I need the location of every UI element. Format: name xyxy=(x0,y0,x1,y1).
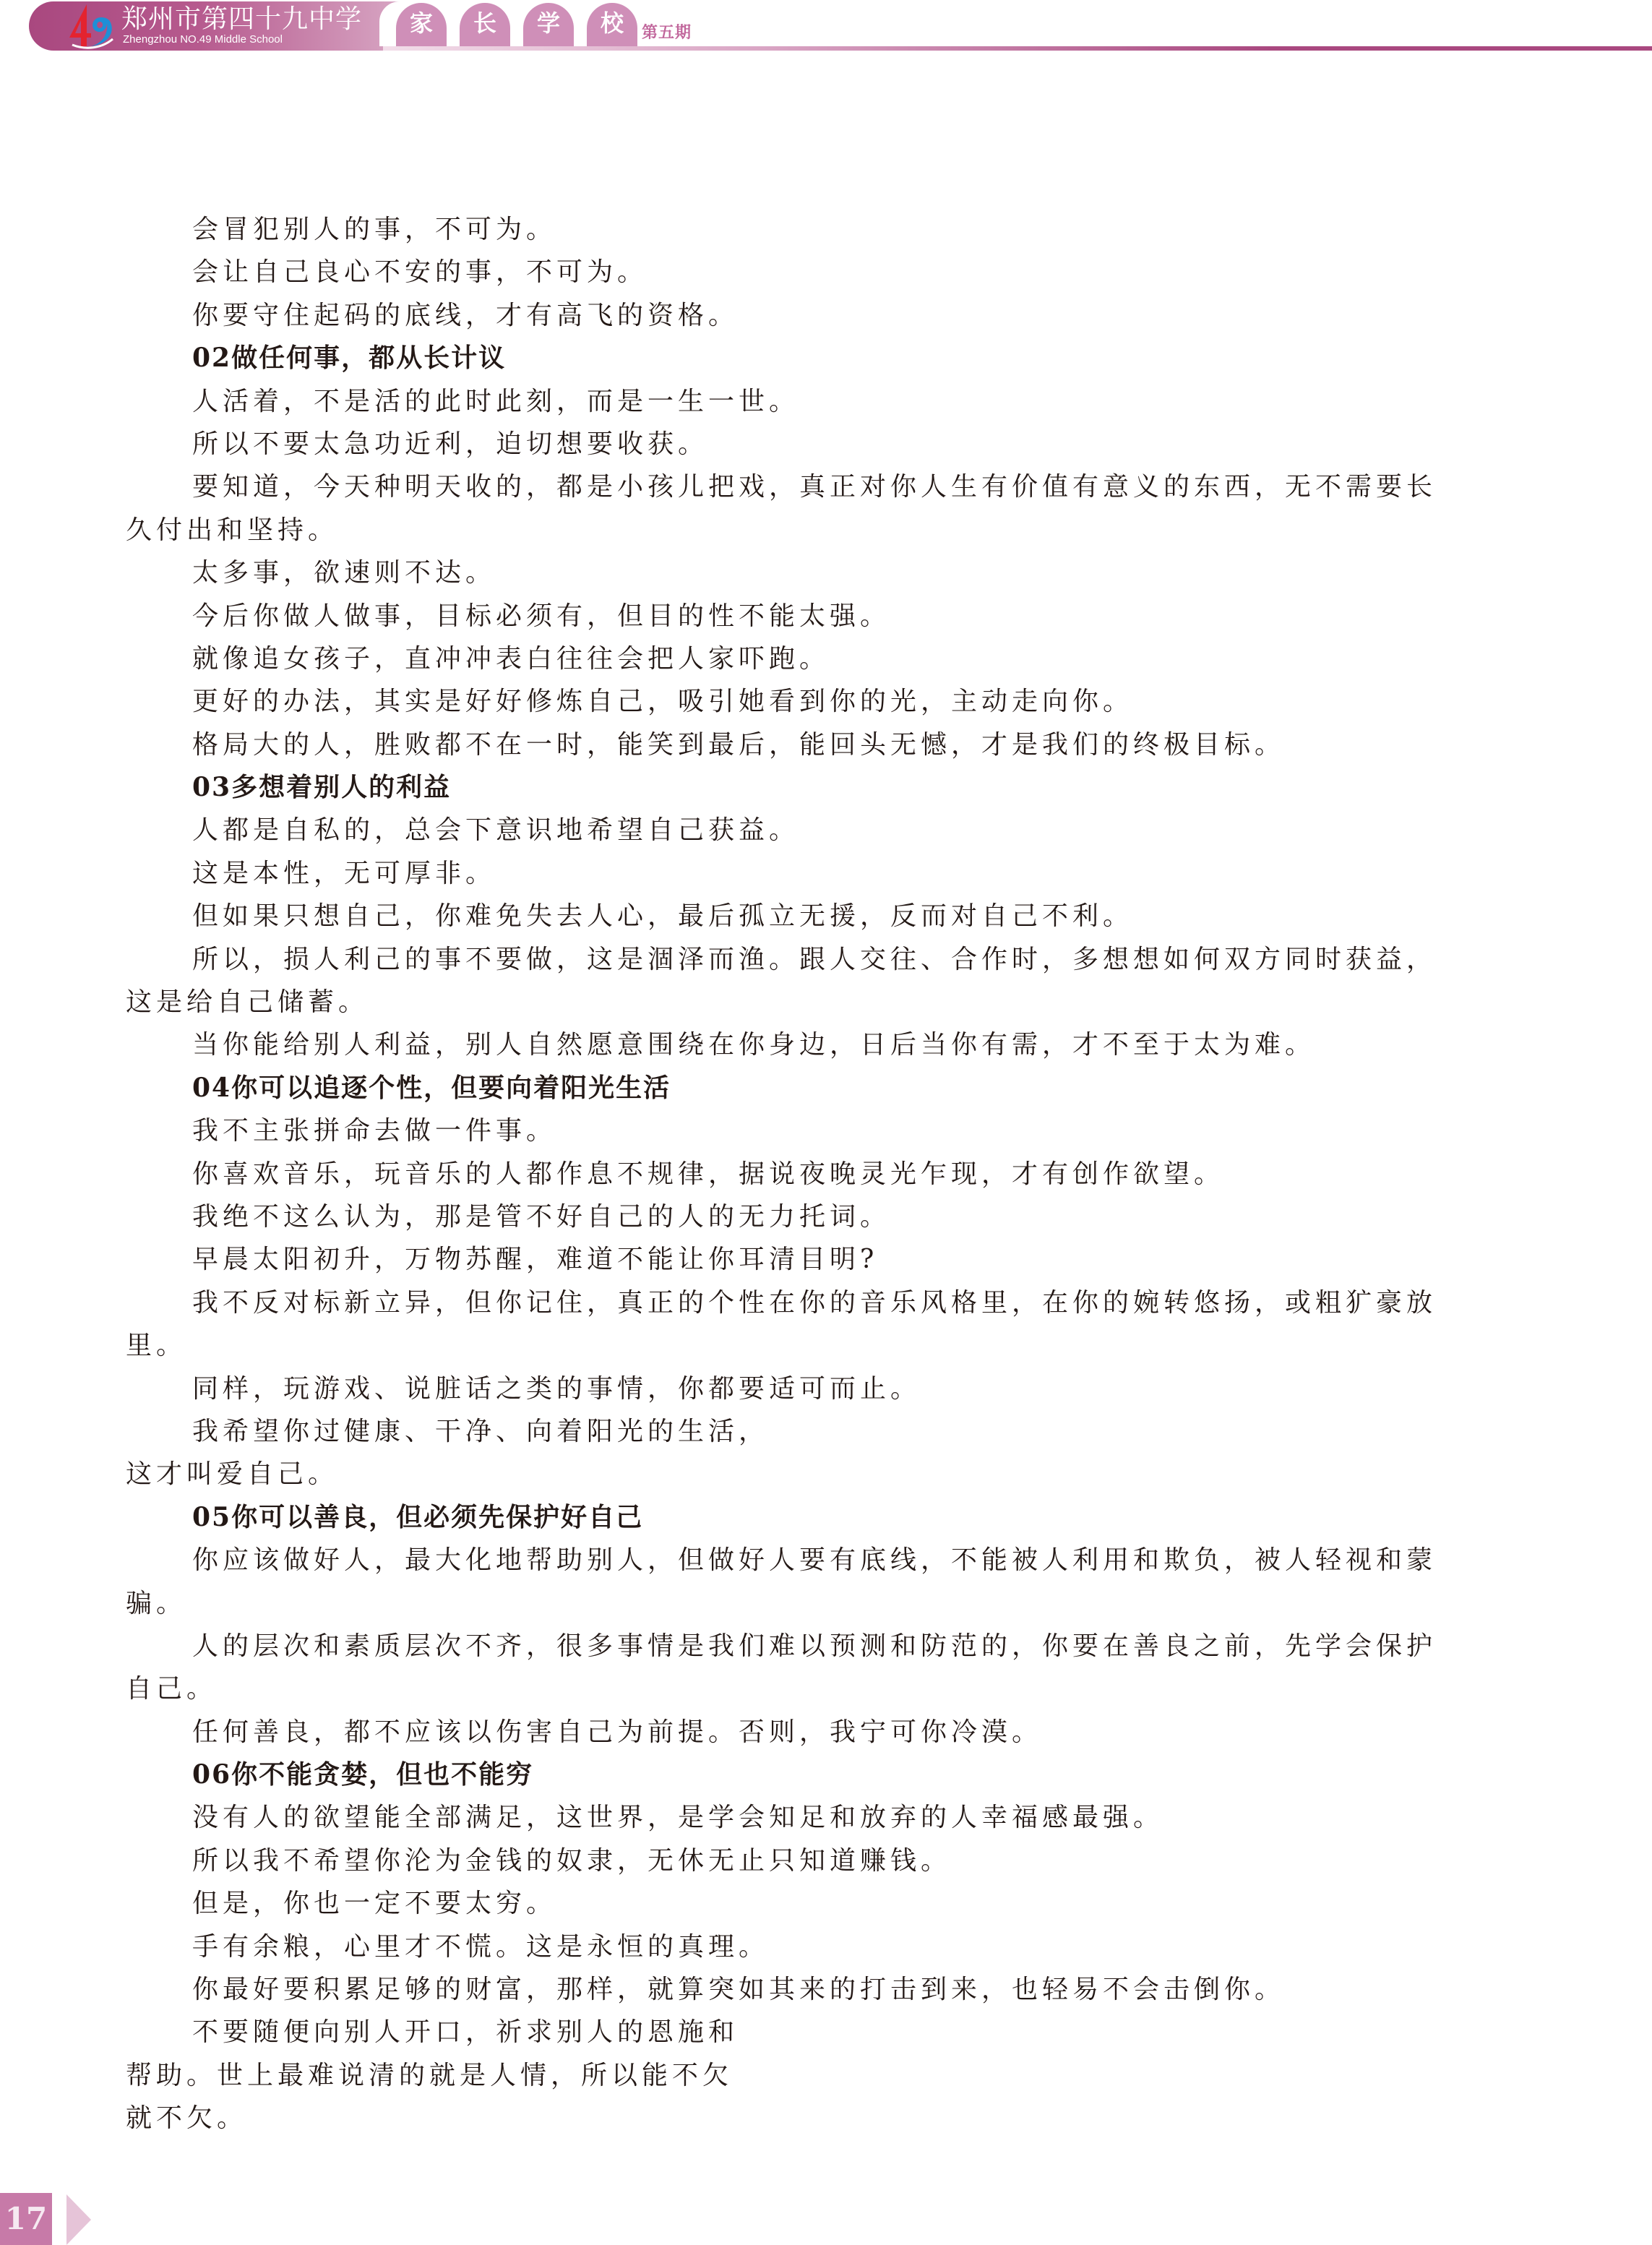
paragraph-line: 这是给自己储蓄。 xyxy=(126,981,1492,1023)
paragraph-line: 但如果只想自己，你难免失去人心，最后孤立无援，反而对自己不利。 xyxy=(126,895,1492,937)
paragraph-line: 这是本性，无可厚非。 xyxy=(126,852,1492,895)
paragraph-line: 更好的办法，其实是好好修炼自己，吸引她看到你的光，主动走向你。 xyxy=(126,680,1492,723)
paragraph-line: 人的层次和素质层次不齐，很多事情是我们难以预测和防范的，你要在善良之前，先学会保… xyxy=(126,1625,1492,1667)
triangle-right-icon xyxy=(66,2194,91,2245)
paragraph-line: 今后你做人做事，目标必须有，但目的性不能太强。 xyxy=(126,595,1492,638)
section-heading: 05你可以善良，但必须先保护好自己 xyxy=(126,1496,1492,1539)
paragraph-line: 我希望你过健康、干净、向着阳光的生活， xyxy=(126,1410,1492,1453)
paragraph-line: 这才叫爱自己。 xyxy=(126,1453,1492,1495)
paragraph-line: 就像追女孩子，直冲冲表白往往会把人家吓跑。 xyxy=(126,638,1492,680)
paragraph-line: 帮助。世上最难说清的就是人情，所以能不欠 xyxy=(126,2054,1492,2097)
section-heading: 03多想着别人的利益 xyxy=(126,766,1492,809)
paragraph-line: 自己。 xyxy=(126,1667,1492,1710)
paragraph-line: 会让自己良心不安的事，不可为。 xyxy=(126,251,1492,293)
paragraph-line: 格局大的人，胜败都不在一时，能笑到最后，能回头无憾，才是我们的终极目标。 xyxy=(126,724,1492,766)
paragraph-line: 我不反对标新立异，但你记住，真正的个性在你的音乐风格里，在你的婉转悠扬，或粗犷豪… xyxy=(126,1282,1492,1324)
section-heading: 04你可以追逐个性，但要向着阳光生活 xyxy=(126,1067,1492,1109)
section-heading: 02做任何事，都从长计议 xyxy=(126,337,1492,379)
school-name-cn: 郑州市第四十九中学 xyxy=(121,6,362,33)
paragraph-line: 手有余粮，心里才不慌。这是永恒的真理。 xyxy=(126,1926,1492,1968)
section-heading: 06你不能贪婪，但也不能穷 xyxy=(126,1753,1492,1796)
school-49-logo-icon xyxy=(65,1,116,51)
paragraph-line: 你要守住起码的底线，才有高飞的资格。 xyxy=(126,294,1492,337)
paragraph-line: 太多事，欲速则不达。 xyxy=(126,551,1492,594)
page-number: 17 xyxy=(0,2193,52,2245)
paragraph-line: 所以不要太急功近利，迫切想要收获。 xyxy=(126,423,1492,465)
paragraph-line: 人活着，不是活的此时此刻，而是一生一世。 xyxy=(126,380,1492,423)
paragraph-line: 任何善良，都不应该以伤害自己为前提。否则，我宁可你冷漠。 xyxy=(126,1711,1492,1753)
paragraph-line: 当你能给别人利益，别人自然愿意围绕在你身边，日后当你有需，才不至于太为难。 xyxy=(126,1023,1492,1066)
paragraph-line: 同样，玩游戏、说脏话之类的事情，你都要适可而止。 xyxy=(126,1368,1492,1410)
paragraph-line: 所以我不希望你沦为金钱的奴隶，无休无止只知道赚钱。 xyxy=(126,1840,1492,1882)
page-header: 郑州市第四十九中学 Zhengzhou NO.49 Middle School … xyxy=(0,0,1652,65)
paragraph-line: 你应该做好人，最大化地帮助别人，但做好人要有底线，不能被人利用和欺负，被人轻视和… xyxy=(126,1539,1492,1581)
paragraph-line: 你最好要积累足够的财富，那样，就算突如其来的打击到来，也轻易不会击倒你。 xyxy=(126,1968,1492,2011)
paragraph-line: 我绝不这么认为，那是管不好自己的人的无力托词。 xyxy=(126,1196,1492,1238)
paragraph-line: 早晨太阳初升，万物苏醒，难道不能让你耳清目明? xyxy=(126,1238,1492,1281)
paragraph-line: 里。 xyxy=(126,1324,1492,1367)
paragraph-line: 要知道，今天种明天收的，都是小孩儿把戏，真正对你人生有价值有意义的东西，无不需要… xyxy=(126,465,1492,508)
issue-label: 第五期 xyxy=(642,20,692,43)
school-name-en: Zhengzhou NO.49 Middle School xyxy=(123,33,283,46)
paragraph-line: 久付出和坚持。 xyxy=(126,509,1492,551)
paragraph-line: 就不欠。 xyxy=(126,2097,1492,2139)
paragraph-line: 骗。 xyxy=(126,1582,1492,1625)
paragraph-line: 但是，你也一定不要太穷。 xyxy=(126,1882,1492,1925)
paragraph-line: 所以，损人利己的事不要做，这是涸泽而渔。跟人交往、合作时，多想想如何双方同时获益… xyxy=(126,938,1492,981)
header-divider xyxy=(383,46,1652,51)
paragraph-line: 人都是自私的，总会下意识地希望自己获益。 xyxy=(126,809,1492,851)
paragraph-line: 会冒犯别人的事，不可为。 xyxy=(126,208,1492,251)
paragraph-line: 不要随便向别人开口，祈求别人的恩施和 xyxy=(126,2011,1492,2053)
paragraph-line: 你喜欢音乐，玩音乐的人都作息不规律，据说夜晚灵光乍现，才有创作欲望。 xyxy=(126,1153,1492,1196)
paragraph-line: 我不主张拼命去做一件事。 xyxy=(126,1109,1492,1152)
paragraph-line: 没有人的欲望能全部满足，这世界，是学会知足和放弃的人幸福感最强。 xyxy=(126,1796,1492,1839)
article-body: 会冒犯别人的事，不可为。会让自己良心不安的事，不可为。你要守住起码的底线，才有高… xyxy=(126,208,1492,2140)
